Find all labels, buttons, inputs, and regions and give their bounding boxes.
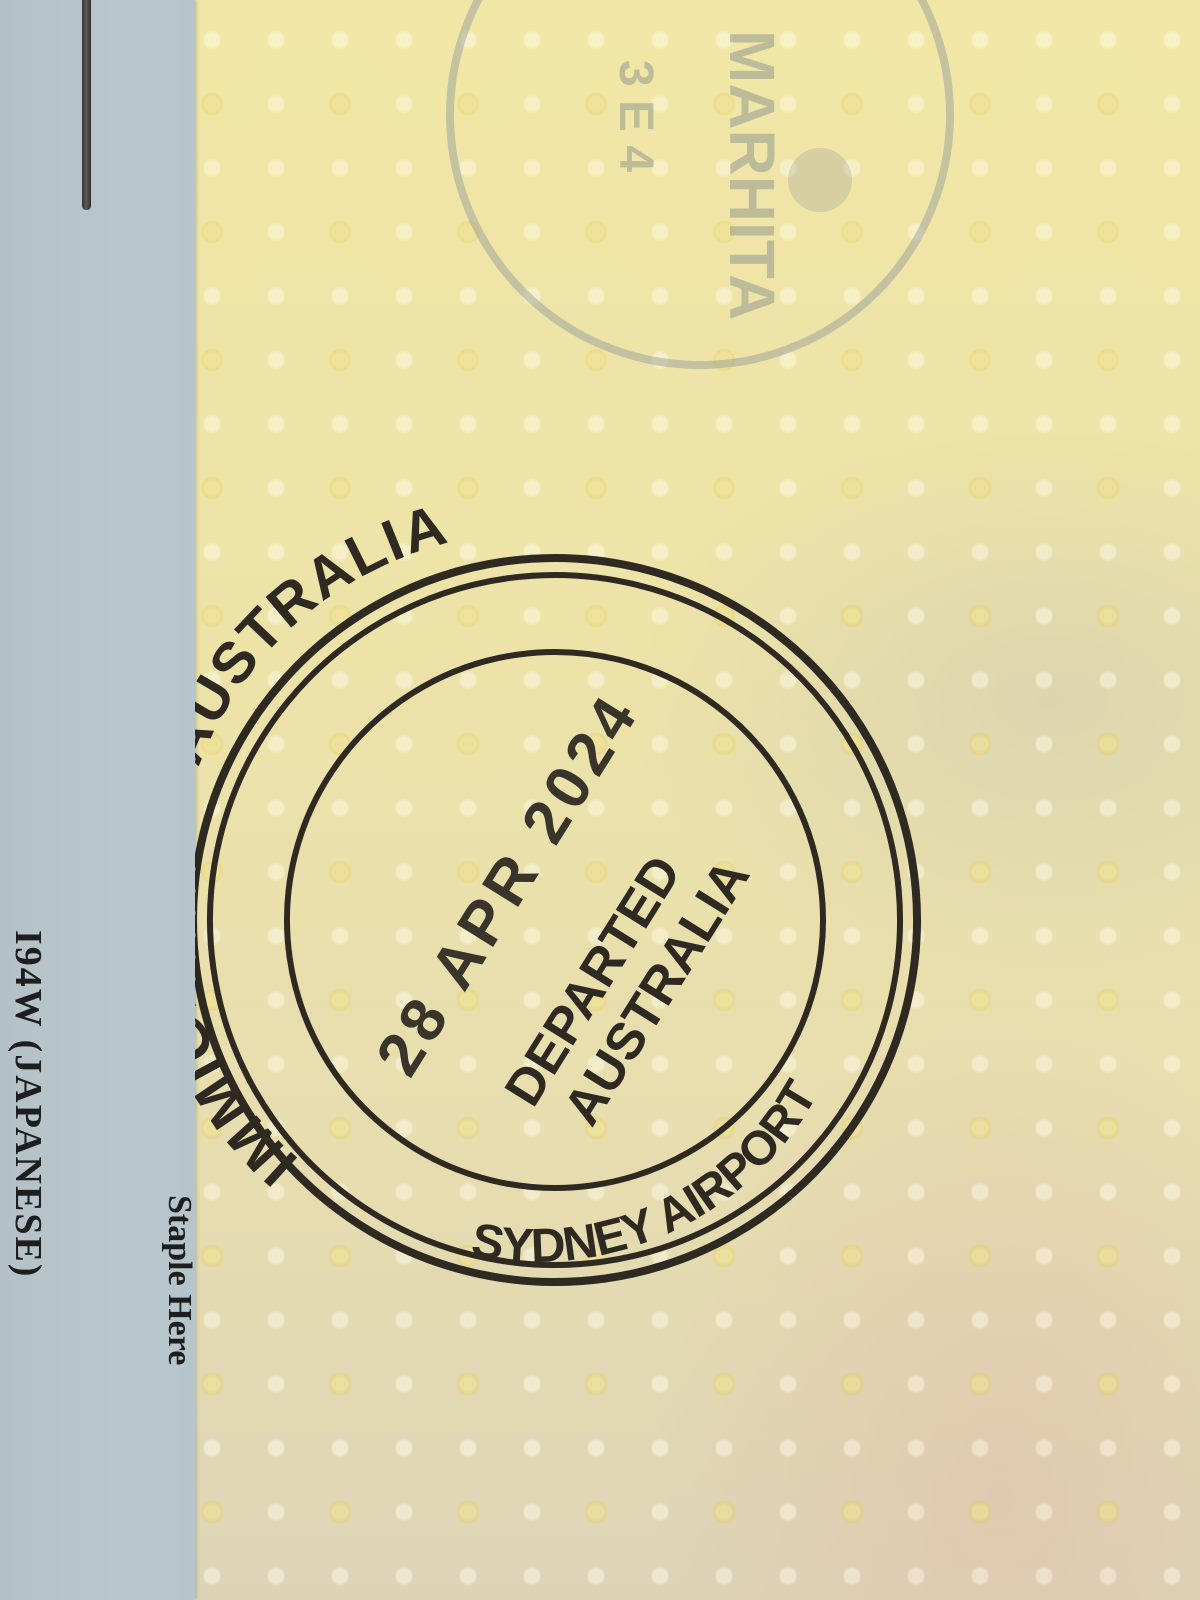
staple bbox=[82, 0, 91, 210]
faint-stamp: MARHITA 3 E 4 bbox=[450, 0, 950, 365]
staple-here-label: Staple Here bbox=[160, 1195, 198, 1365]
form-code-label: I94W (JAPANESE) bbox=[6, 930, 50, 1278]
faint-stamp-text: MARHITA bbox=[716, 30, 788, 320]
faint-stamp-emblem bbox=[788, 148, 852, 212]
stamp-center: 28 APR 2024 DEPARTED AUSTRALIA bbox=[363, 681, 803, 1182]
faint-stamp-code: 3 E 4 bbox=[609, 60, 662, 172]
